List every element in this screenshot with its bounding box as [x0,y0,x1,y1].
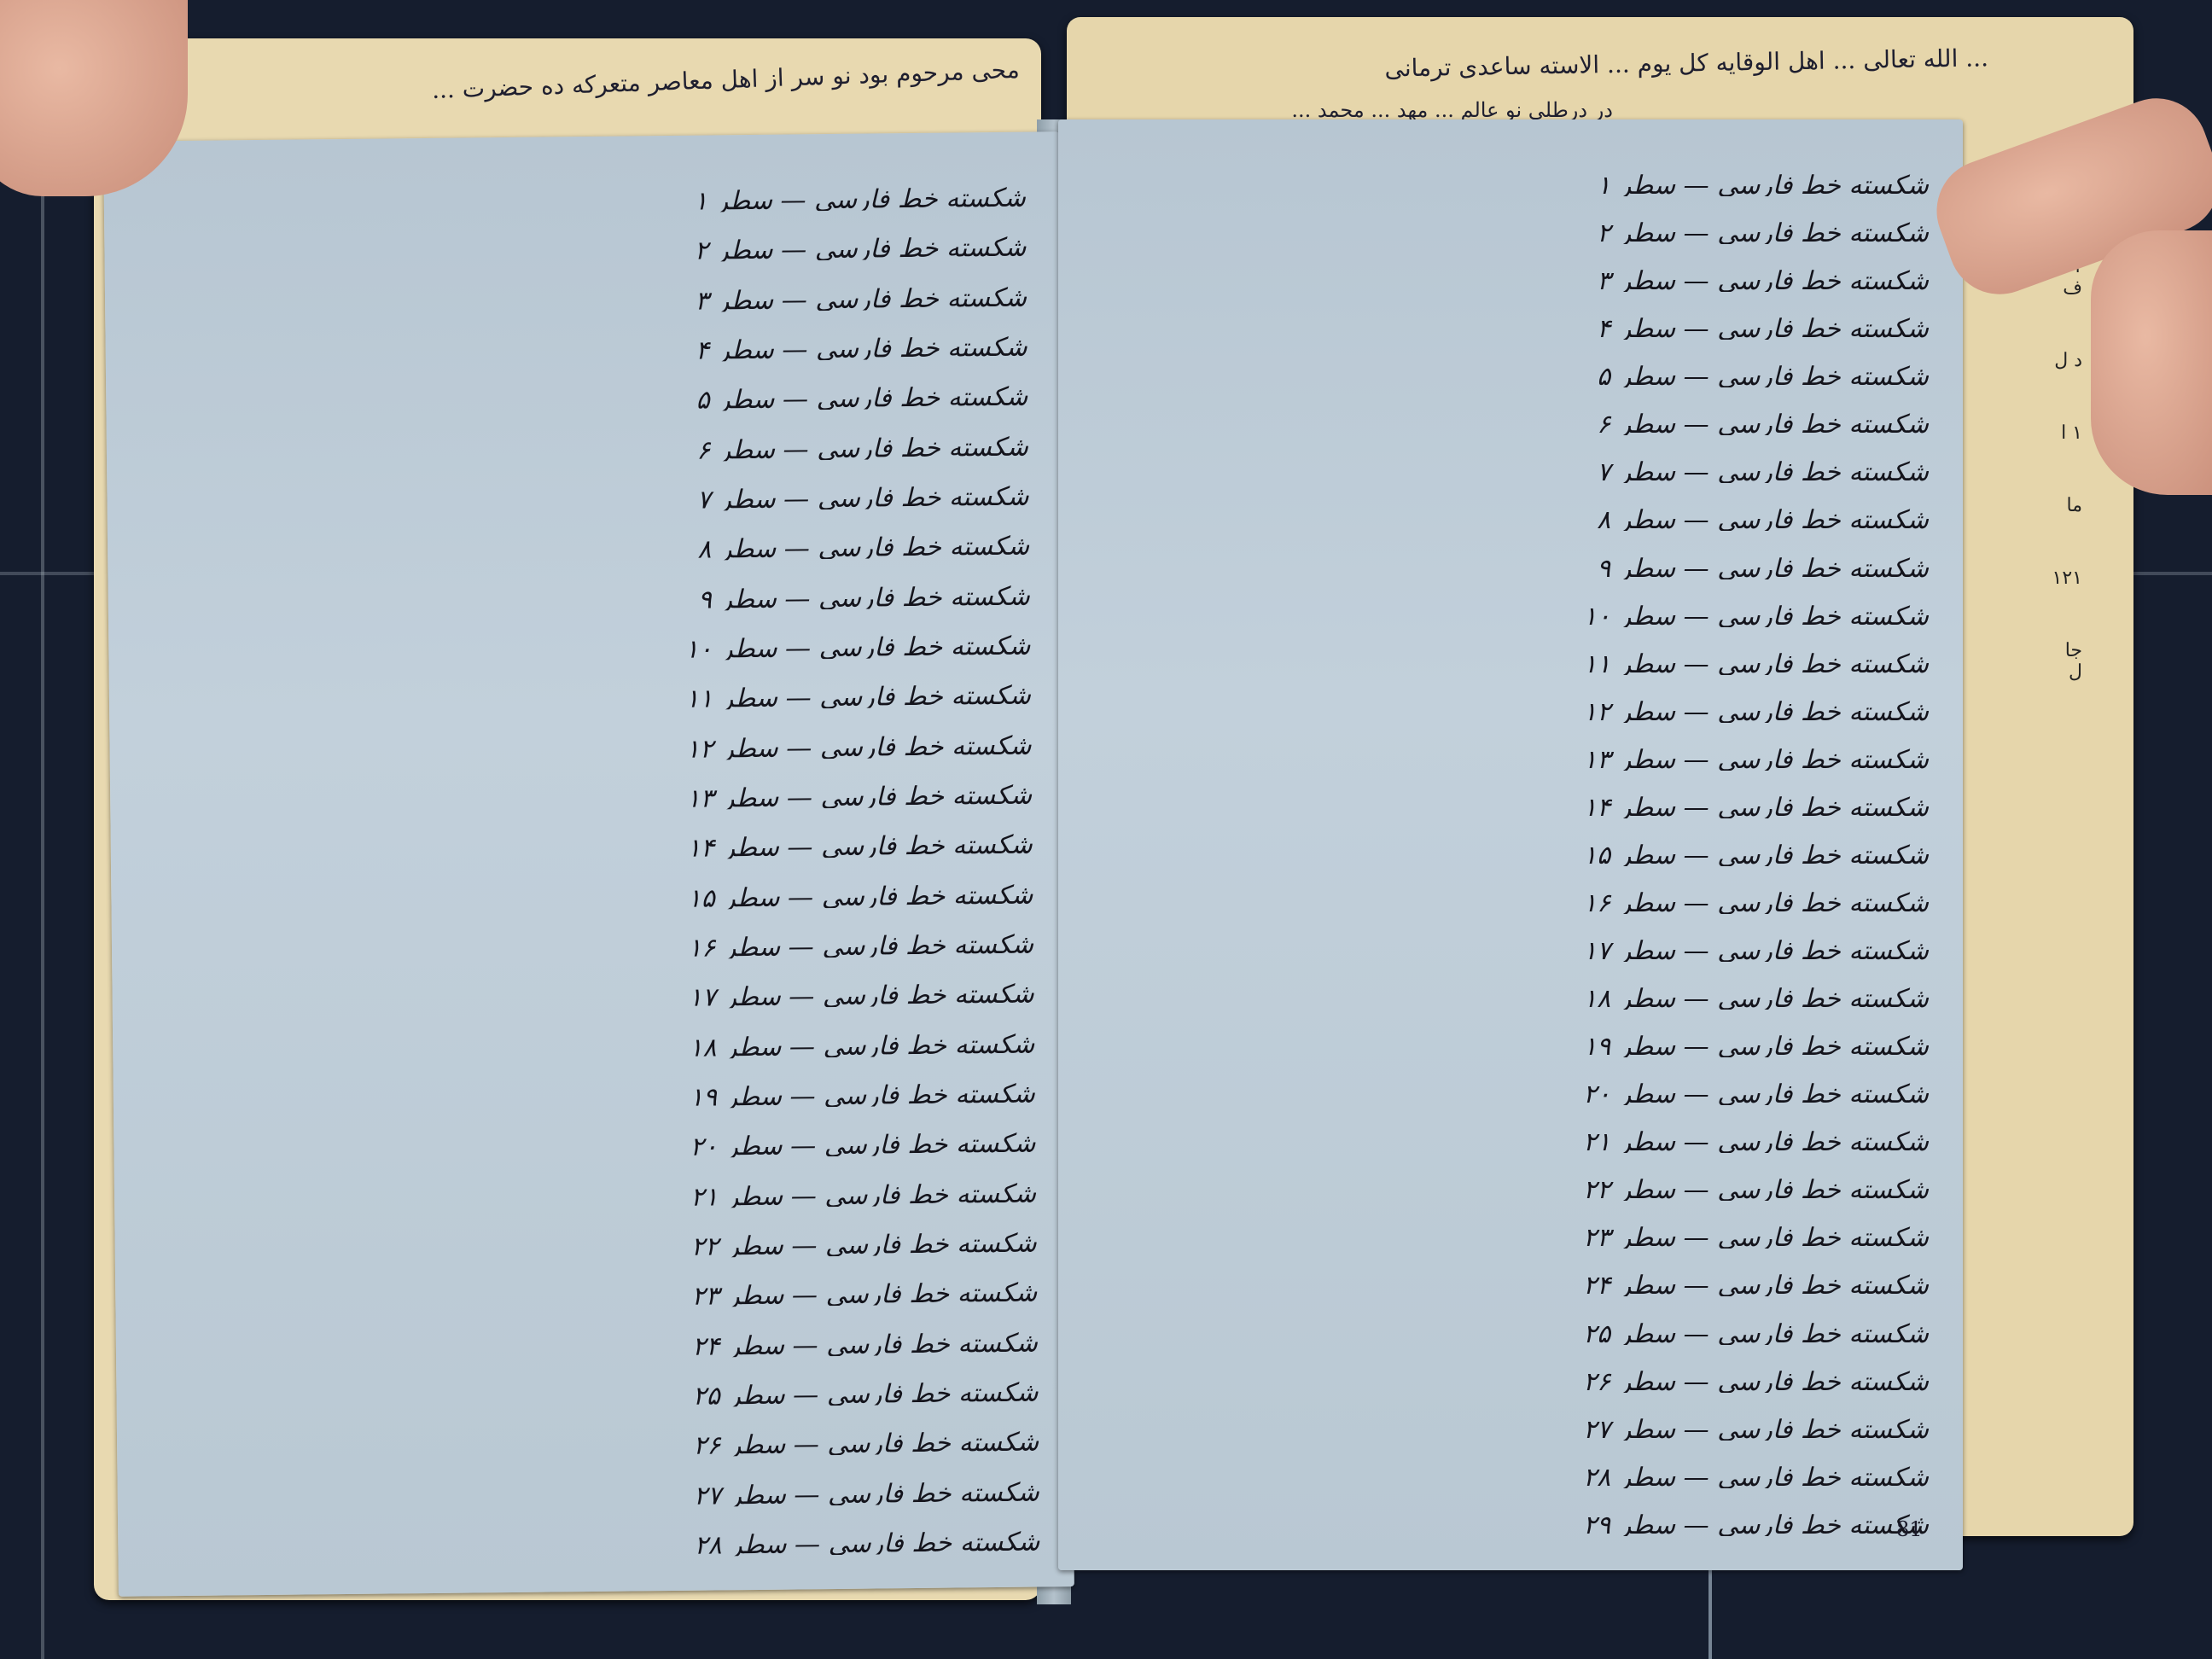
manuscript-line: شکسته خط فارسی — سطر ۸ [1109,505,1929,531]
manuscript-line: شکسته خط فارسی — سطر ۱۸ [164,1029,1034,1064]
manuscript-line: شکسته خط فارسی — سطر ۶ [1109,410,1929,435]
manuscript-line: شکسته خط فارسی — سطر ۳ [156,282,1027,317]
edge-mark: ۱ ا [2048,422,2082,444]
manuscript-line: شکسته خط فارسی — سطر ۱۲ [160,731,1031,765]
manuscript-line: شکسته خط فارسی — سطر ۱۹ [1109,1032,1929,1057]
left-page: شکسته خط فارسی — سطر ۱شکسته خط فارسی — س… [103,131,1074,1597]
manuscript-line: شکسته خط فارسی — سطر ۱۵ [162,880,1033,915]
manuscript-line: شکسته خط فارسی — سطر ۹ [1109,554,1929,579]
manuscript-line: شکسته خط فارسی — سطر ۱۴ [162,830,1033,865]
page-number: 81 [1896,1517,1923,1541]
manuscript-line: شکسته خط فارسی — سطر ۱۳ [1109,745,1929,771]
edge-mark: ما [2048,495,2082,516]
manuscript-line: شکسته خط فارسی — سطر ۱۰ [1109,602,1929,627]
manuscript-line: شکسته خط فارسی — سطر ۱۶ [1109,888,1929,914]
manuscript-line: شکسته خط فارسی — سطر ۱ [1109,171,1929,196]
manuscript-line: شکسته خط فارسی — سطر ۲۹ [1109,1511,1929,1536]
manuscript-line: شکسته خط فارسی — سطر ۲۳ [1109,1223,1929,1249]
manuscript-line: شکسته خط فارسی — سطر ۱۵ [1109,841,1929,866]
manuscript-line: شکسته خط فارسی — سطر ۱۱ [1109,649,1929,675]
manuscript-line: شکسته خط فارسی — سطر ۲۶ [168,1428,1039,1463]
manuscript-line: شکسته خط فارسی — سطر ۲۱ [166,1179,1036,1214]
manuscript-line: شکسته خط فارسی — سطر ۱۷ [164,980,1034,1015]
right-edge-marks: ۱ ف د ل ۱ ا ما ۱۲۱ جا ل [2048,256,2082,1024]
manuscript-line: شکسته خط فارسی — سطر ۱۶ [163,929,1033,964]
manuscript-line: شکسته خط فارسی — سطر ۲۰ [165,1129,1035,1164]
manuscript-line: شکسته خط فارسی — سطر ۲۴ [167,1328,1038,1363]
manuscript-line: شکسته خط فارسی — سطر ۲۰ [1109,1080,1929,1105]
manuscript-line: شکسته خط فارسی — سطر ۷ [158,482,1028,517]
left-page-text: شکسته خط فارسی — سطر ۱شکسته خط فارسی — س… [155,183,1040,1563]
right-page: شکسته خط فارسی — سطر ۱شکسته خط فارسی — س… [1058,119,1963,1570]
manuscript-line: شکسته خط فارسی — سطر ۲۳ [166,1278,1037,1313]
manuscript-line: شکسته خط فارسی — سطر ۲۸ [1109,1463,1929,1488]
manuscript-line: شکسته خط فارسی — سطر ۱۱ [160,681,1031,716]
manuscript-line: شکسته خط فارسی — سطر ۲۵ [167,1377,1038,1412]
manuscript-line: شکسته خط فارسی — سطر ۹ [160,581,1030,616]
manuscript-line: شکسته خط فارسی — سطر ۱۹ [165,1079,1035,1114]
manuscript-line: شکسته خط فارسی — سطر ۴ [157,333,1027,368]
edge-mark: ۱۲۱ [2048,568,2082,589]
manuscript-line: شکسته خط فارسی — سطر ۱۸ [1109,984,1929,1010]
manuscript-line: شکسته خط فارسی — سطر ۱۷ [1109,936,1929,962]
manuscript-line: شکسته خط فارسی — سطر ۲۸ [169,1527,1039,1562]
right-subheader-text: در درطلی نو عالم ... مهد ... محمد ... [1135,98,1613,122]
manuscript-line: شکسته خط فارسی — سطر ۷ [1109,457,1929,483]
manuscript-line: شکسته خط فارسی — سطر ۱۲ [1109,697,1929,723]
manuscript-line: شکسته خط فارسی — سطر ۵ [1109,362,1929,387]
manuscript-line: شکسته خط فارسی — سطر ۵ [157,382,1027,417]
manuscript-line: شکسته خط فارسی — سطر ۲۴ [1109,1271,1929,1296]
edge-mark: د ل [2048,350,2082,371]
right-finger [2091,230,2212,495]
right-page-text: شکسته خط فارسی — سطر ۱شکسته خط فارسی — س… [1109,171,1929,1536]
manuscript-line: شکسته خط فارسی — سطر ۱۳ [161,780,1032,815]
manuscript-line: شکسته خط فارسی — سطر ۲۱ [1109,1127,1929,1153]
manuscript-line: شکسته خط فارسی — سطر ۲ [155,233,1026,268]
manuscript-line: شکسته خط فارسی — سطر ۲۶ [1109,1367,1929,1393]
manuscript-line: شکسته خط فارسی — سطر ۱ [155,183,1026,218]
manuscript-line: شکسته خط فارسی — سطر ۲۲ [1109,1175,1929,1201]
manuscript-line: شکسته خط فارسی — سطر ۲۷ [169,1477,1039,1512]
manuscript-line: شکسته خط فارسی — سطر ۶ [158,432,1028,467]
edge-mark: جا ل [2048,640,2082,683]
manuscript-line: شکسته خط فارسی — سطر ۱۰ [160,632,1030,667]
manuscript-line: شکسته خط فارسی — سطر ۲ [1109,218,1929,244]
manuscript-line: شکسته خط فارسی — سطر ۴ [1109,314,1929,340]
manuscript-line: شکسته خط فارسی — سطر ۲۷ [1109,1415,1929,1441]
manuscript-line: شکسته خط فارسی — سطر ۲۵ [1109,1319,1929,1345]
manuscript-line: شکسته خط فارسی — سطر ۸ [159,532,1029,567]
manuscript-line: شکسته خط فارسی — سطر ۳ [1109,266,1929,292]
manuscript-line: شکسته خط فارسی — سطر ۲۲ [166,1228,1037,1263]
manuscript-line: شکسته خط فارسی — سطر ۱۴ [1109,793,1929,818]
